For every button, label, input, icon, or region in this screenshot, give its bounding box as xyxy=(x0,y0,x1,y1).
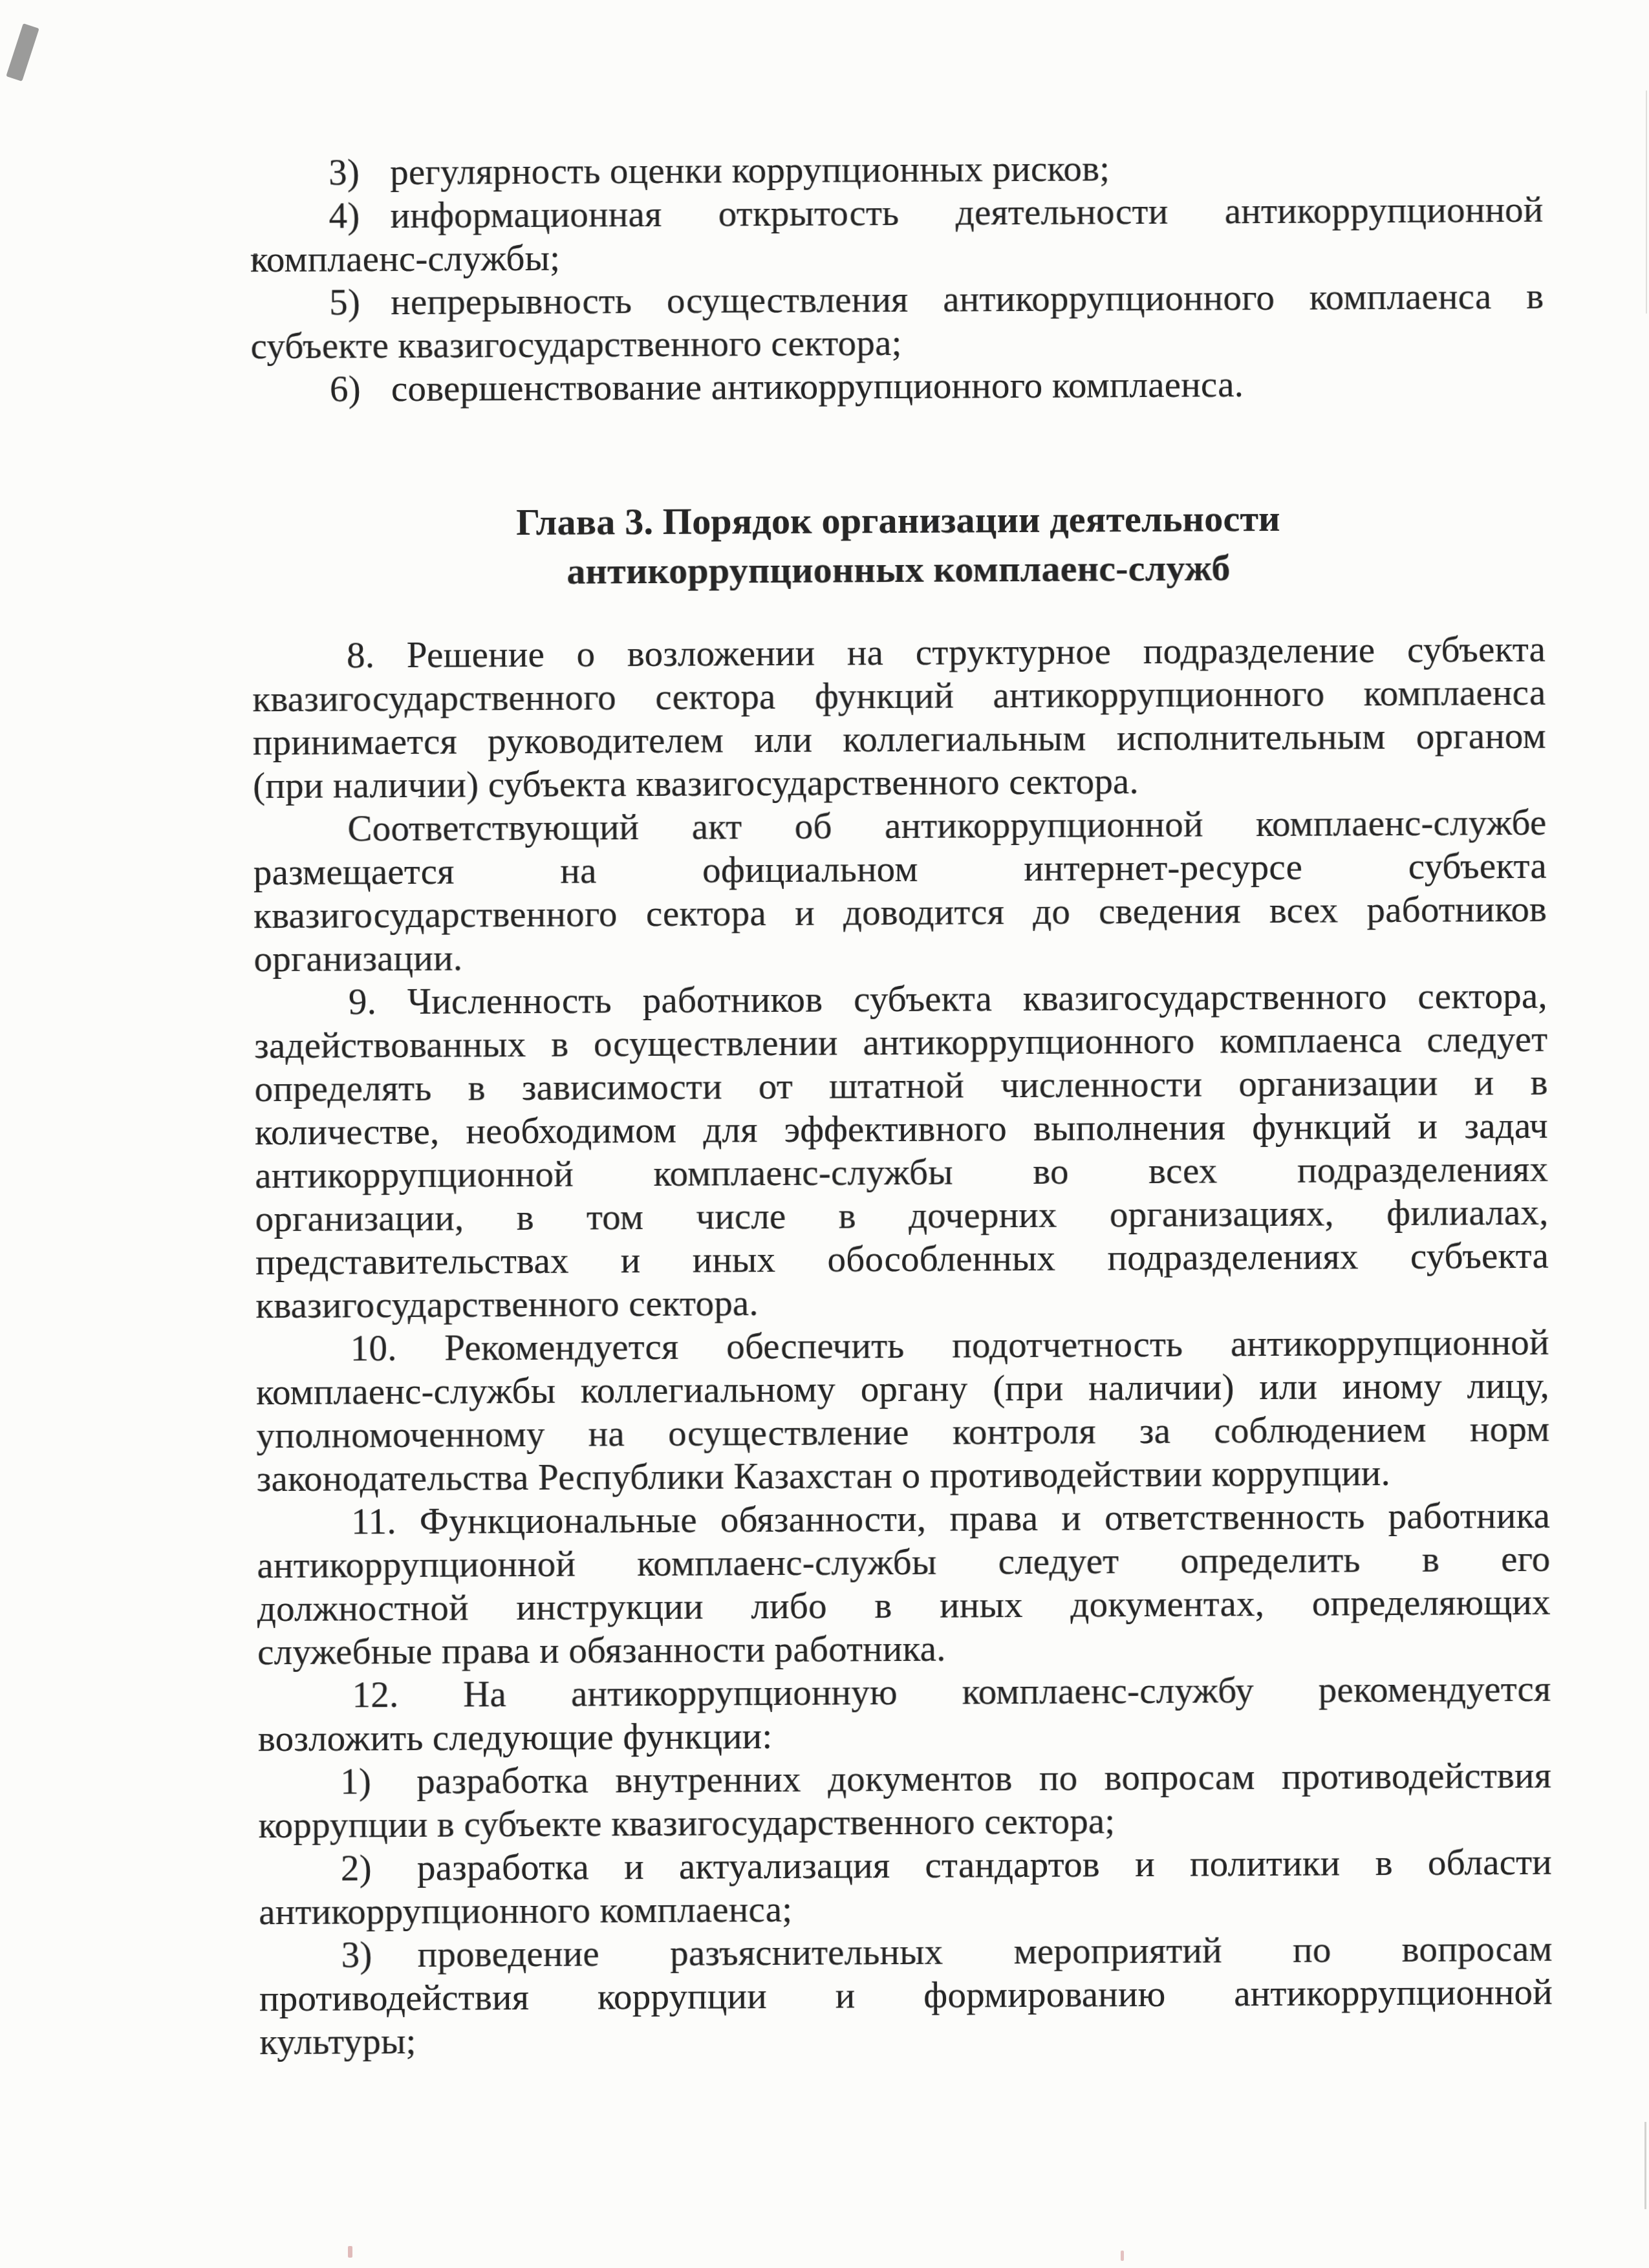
text-line: 5)непрерывность осуществления антикорруп… xyxy=(250,275,1544,325)
text-line: Соответствующий акт об антикоррупционной… xyxy=(253,801,1546,851)
scanned-document: { "page": { "background_color": "#fcfcfa… xyxy=(0,0,1649,2268)
text-line: принимается руководителем или коллегиаль… xyxy=(253,714,1546,764)
text-line: количестве, необходимом для эффективного… xyxy=(255,1104,1548,1154)
text-line: 3)регулярность оценки коррупционных риск… xyxy=(250,145,1543,195)
text-line: должностной инструкции либо в иных докум… xyxy=(257,1581,1551,1631)
text-line: квазигосударственного сектора функций ан… xyxy=(252,671,1546,721)
paragraph: 12. На антикоррупционную комплаенс-служб… xyxy=(257,1667,1551,1760)
line-text: проведение разъяснительных мероприятий п… xyxy=(417,1929,1552,1975)
text-line: антикоррупционной комплаенс-службы во вс… xyxy=(255,1148,1548,1197)
scan-edge-line xyxy=(1646,91,1647,314)
paragraph: Соответствующий акт об антикоррупционной… xyxy=(253,801,1547,981)
text-line: антикоррупционной комплаенс-службы следу… xyxy=(257,1537,1550,1587)
text-line: 1)разработка внутренних документов по во… xyxy=(258,1754,1551,1804)
principle-list-item: 3)регулярность оценки коррупционных риск… xyxy=(250,145,1543,195)
line-text: разработка и актуализация стандартов и п… xyxy=(417,1842,1552,1888)
item-number: 5) xyxy=(329,281,391,324)
text-line: организации. xyxy=(253,931,1547,981)
paragraph: 8. Решение о возложении на структурное п… xyxy=(252,628,1546,808)
line-text: непрерывность осуществления антикоррупци… xyxy=(391,276,1544,323)
text-line: культуры; xyxy=(259,2014,1553,2064)
text-line: 3)проведение разъяснительных мероприятий… xyxy=(259,1927,1552,1977)
text-line: законодательства Республики Казахстан о … xyxy=(257,1451,1550,1501)
document-text: 3)регулярность оценки коррупционных риск… xyxy=(250,145,1553,2064)
line-text: информационная открытость деятельности а… xyxy=(390,189,1543,236)
text-line: (при наличии) субъекта квазигосударствен… xyxy=(253,758,1546,808)
line-text: регулярность оценки коррупционных рисков… xyxy=(390,148,1110,193)
text-line: 6)совершенствование антикоррупционного к… xyxy=(251,361,1544,411)
function-list-item: 3)проведение разъяснительных мероприятий… xyxy=(259,1927,1553,2064)
function-list-item: 1)разработка внутренних документов по во… xyxy=(258,1754,1552,1847)
function-list-item: 2)разработка и актуализация стандартов и… xyxy=(259,1841,1553,1934)
text-line: задействованных в осуществлении антикорр… xyxy=(254,1018,1547,1067)
text-line: 11. Функциональные обязанности, права и … xyxy=(257,1494,1550,1544)
text-line: 12. На антикоррупционную комплаенс-служб… xyxy=(257,1667,1551,1717)
item-number: 4) xyxy=(329,194,390,237)
scan-speck xyxy=(1121,2251,1124,2261)
paragraph: 11. Функциональные обязанности, права и … xyxy=(257,1494,1551,1674)
line-text: разработка внутренних документов по вопр… xyxy=(416,1755,1551,1802)
text-line: комплаенс-службы коллегиальному органу (… xyxy=(256,1364,1549,1414)
item-number: 6) xyxy=(330,367,391,411)
text-line: возложить следующие функции: xyxy=(258,1711,1551,1760)
text-line: определять в зависимости от штатной числ… xyxy=(254,1061,1547,1111)
paragraph: 10. Рекомендуется обеспечить подотчетнос… xyxy=(256,1321,1550,1501)
item-number: 3) xyxy=(329,151,390,194)
text-line: комплаенс-службы; xyxy=(250,231,1544,281)
scan-speck xyxy=(348,2246,352,2258)
item-number: 3) xyxy=(341,1933,417,1977)
text-line: служебные права и обязанности работника. xyxy=(257,1624,1551,1674)
heading-line: антикоррупционных комплаенс-служб xyxy=(252,542,1545,597)
principle-list-item: 4)информационная открытость деятельности… xyxy=(250,188,1544,281)
chapter-heading: Глава 3. Порядок организации деятельност… xyxy=(252,493,1546,597)
scanned-page: 3)регулярность оценки коррупционных риск… xyxy=(0,0,1649,2268)
heading-line: Глава 3. Порядок организации деятельност… xyxy=(252,493,1545,548)
text-line: 9. Численность работников субъекта квази… xyxy=(254,974,1547,1024)
text-line: антикоррупционного комплаенса; xyxy=(259,1884,1552,1934)
text-line: 8. Решение о возложении на структурное п… xyxy=(252,628,1546,678)
text-line: субъекте квазигосударственного сектора; xyxy=(250,318,1544,368)
principle-list-item: 6)совершенствование антикоррупционного к… xyxy=(251,361,1544,411)
item-number: 1) xyxy=(340,1760,416,1804)
text-line: представительствах и иных обособленных п… xyxy=(255,1234,1549,1284)
text-line: квазигосударственного сектора и доводитс… xyxy=(253,888,1547,937)
principle-list-item: 5)непрерывность осуществления антикорруп… xyxy=(250,275,1544,368)
text-line: 2)разработка и актуализация стандартов и… xyxy=(259,1841,1552,1890)
text-line: уполномоченному на осуществление контрол… xyxy=(256,1407,1549,1457)
scan-edge-line xyxy=(1644,2122,1646,2209)
text-line: размещается на официальном интернет-ресу… xyxy=(253,844,1547,894)
text-line: квазигосударственного сектора. xyxy=(255,1278,1549,1327)
text-line: коррупции в субъекте квазигосударственно… xyxy=(258,1797,1551,1847)
text-line: 10. Рекомендуется обеспечить подотчетнос… xyxy=(256,1321,1549,1371)
text-line: противодействия коррупции и формированию… xyxy=(259,1971,1553,2020)
item-number: 2) xyxy=(341,1846,417,1890)
scan-corner-mark xyxy=(6,23,39,81)
text-line: 4)информационная открытость деятельности… xyxy=(250,188,1543,238)
line-text: совершенствование антикоррупционного ком… xyxy=(391,364,1244,409)
text-line: организации, в том числе в дочерних орга… xyxy=(255,1191,1548,1241)
paragraph: 9. Численность работников субъекта квази… xyxy=(254,974,1549,1327)
